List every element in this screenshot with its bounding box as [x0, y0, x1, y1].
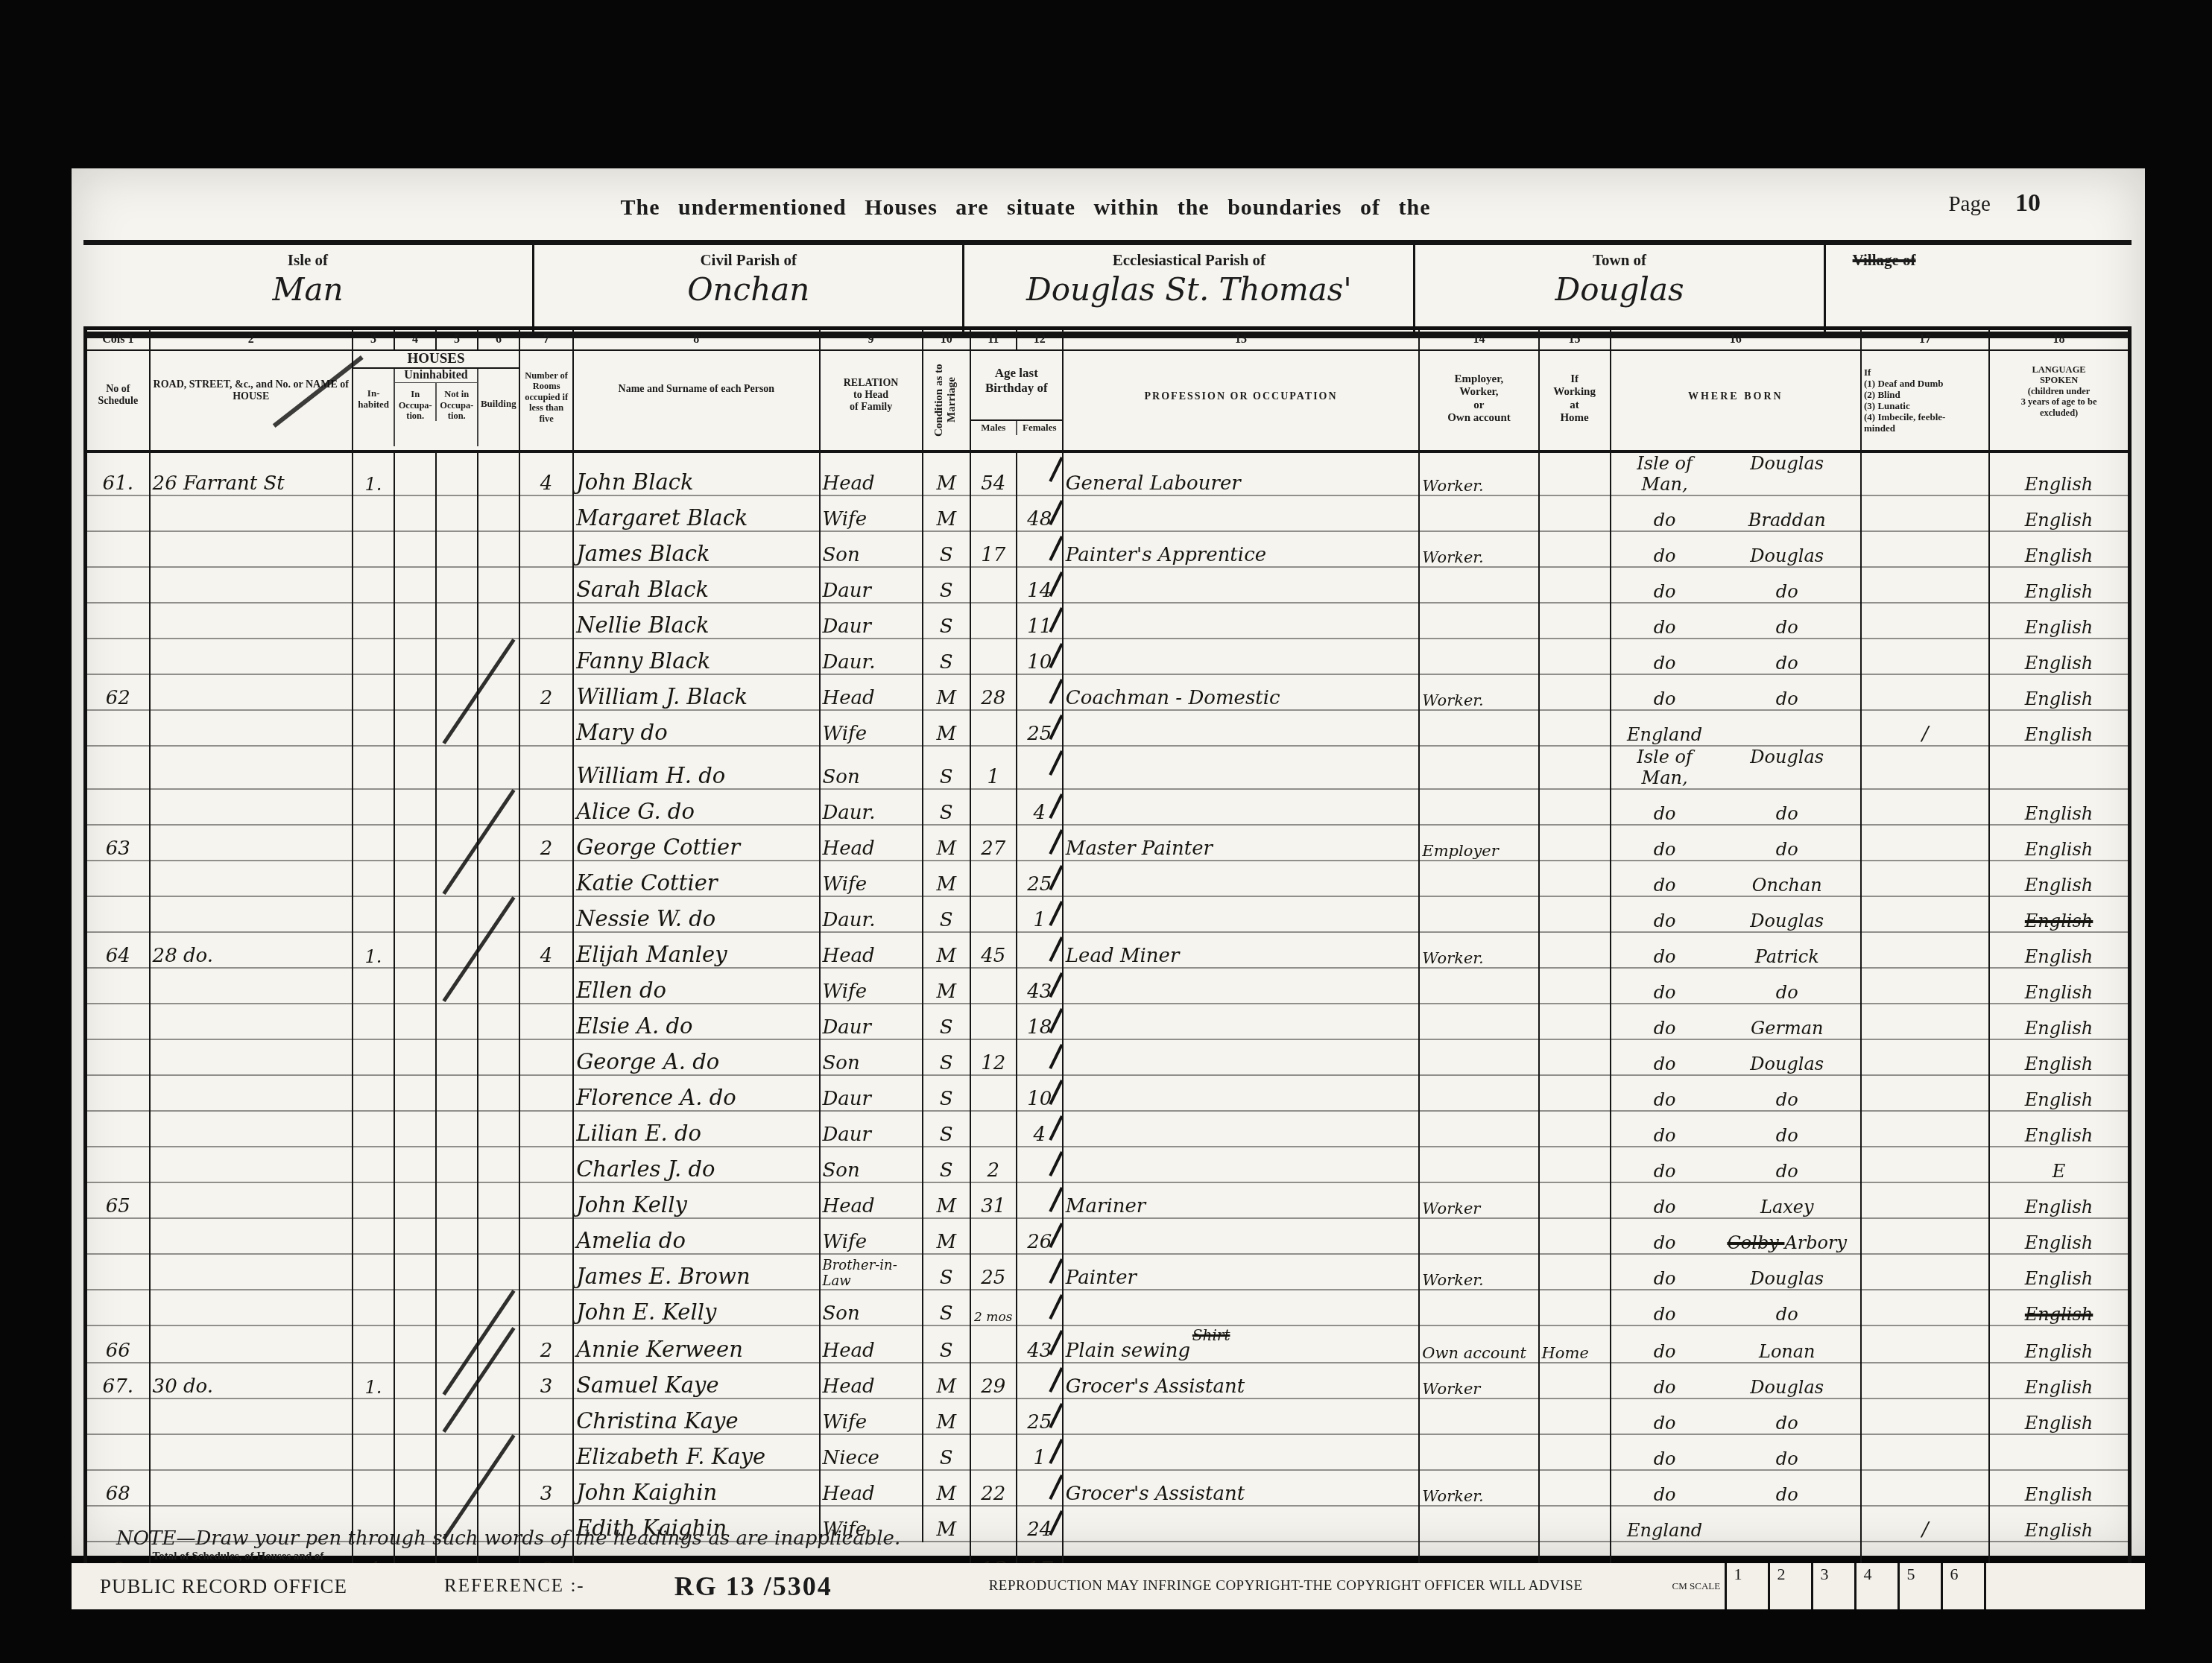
working-at-home [1539, 932, 1611, 968]
marriage-condition: M [923, 861, 970, 896]
profession [1063, 639, 1420, 674]
where-born: doDouglas [1611, 1039, 1861, 1075]
person-row: Nellie BlackDaurS11dodoEnglish [86, 603, 2130, 639]
person-name: Elsie A. do [573, 1004, 819, 1039]
relation-to-head: Wife [820, 495, 923, 531]
houses-inhabited: 1. [353, 1363, 394, 1398]
address: 26 Farrant St [150, 452, 353, 495]
reference-label: REFERENCE :- [444, 1576, 585, 1597]
header-age-group: Age last Birthday of Males Females [970, 350, 1063, 452]
relation-to-head: Daur [820, 567, 923, 603]
houses-in-occupation [394, 1111, 436, 1147]
reference-number: RG 13 /5304 [674, 1571, 832, 1602]
houses-in-occupation [394, 1004, 436, 1039]
address [150, 674, 353, 710]
houses-building [478, 531, 519, 567]
person-row: 6428 do.1.4Elijah ManleyHeadM45Lead Mine… [86, 932, 2130, 968]
age-male: 22 [970, 1470, 1017, 1506]
relation-to-head: Niece [820, 1434, 923, 1470]
town-section: Town of Douglas [1413, 245, 1823, 332]
language-text: English [2025, 474, 2093, 495]
houses-not-in-occupation [436, 968, 478, 1004]
schedule-number [86, 1218, 150, 1254]
born-country: do [1614, 910, 1716, 931]
profession-text: Grocer's Assistant [1066, 1483, 1245, 1505]
where-born: doGerman [1611, 1004, 1861, 1039]
language-text: English [2025, 1232, 2093, 1253]
working-at-home [1539, 495, 1611, 531]
houses-building [478, 1004, 519, 1039]
infirmity-mark [1861, 1111, 1989, 1147]
where-born: Isle of Man,Douglas [1611, 452, 1861, 495]
language-text: English [2025, 653, 2093, 674]
person-name: Lilian E. do [573, 1111, 819, 1147]
header-language: LANGUAGE SPOKEN (children under 3 years … [1989, 350, 2129, 452]
houses-building [478, 746, 519, 789]
houses-inhabited [353, 968, 394, 1004]
born-place: Onchan [1716, 875, 1858, 896]
relation-to-head: Daur. [820, 896, 923, 932]
person-name: Samuel Kaye [573, 1363, 819, 1398]
address [150, 861, 353, 896]
rooms-count [519, 968, 573, 1004]
marriage-condition: M [923, 825, 970, 861]
houses-not-in-occupation [436, 567, 478, 603]
profession [1063, 1039, 1420, 1075]
language-text: English [2025, 1484, 2093, 1505]
person-row: George A. doSonS12doDouglasEnglish [86, 1039, 2130, 1075]
profession-text: General Labourer [1066, 472, 1241, 495]
infirmity-mark [1861, 1147, 1989, 1182]
column-headers-row: No of Schedule ROAD, STREET, &c., and No… [86, 350, 2130, 452]
person-name: Christina Kaye [573, 1398, 819, 1434]
person-row: Fanny BlackDaur.S10dodoEnglish [86, 639, 2130, 674]
column-numbers-row: Cols 1 2 3 4 5 6 7 8 9 10 11 12 13 14 15… [86, 329, 2130, 351]
profession-text: Plain sewing [1066, 1340, 1190, 1362]
civil-parish-section: Civil Parish of Onchan [532, 245, 963, 332]
marriage-condition: S [923, 603, 970, 639]
profession-struck-note: Shirt [1192, 1326, 1417, 1344]
houses-not-in-occupation [436, 861, 478, 896]
schedule-number [86, 531, 150, 567]
language-spoken: English [1989, 531, 2129, 567]
houses-in-occupation [394, 603, 436, 639]
relation-to-head: Daur [820, 1075, 923, 1111]
houses-inhabited [353, 825, 394, 861]
houses-in-occupation [394, 746, 436, 789]
person-row: Amelia doWifeM26doColby ArboryEnglish [86, 1218, 2130, 1254]
employment-status: Own account [1419, 1325, 1538, 1363]
schedule-number [86, 896, 150, 932]
rooms-count [519, 746, 573, 789]
houses-building [478, 1111, 519, 1147]
person-row: Christina KayeWifeM25dodoEnglish [86, 1398, 2130, 1434]
census-scan: { "colors": {"paper":"#f6f4ee","ink":"#1… [0, 0, 2212, 1663]
employment-status: Employer [1419, 825, 1538, 861]
marriage-condition: M [923, 710, 970, 746]
employment-status [1419, 495, 1538, 531]
houses-in-occupation [394, 639, 436, 674]
profession [1063, 1004, 1420, 1039]
age-male [970, 1434, 1017, 1470]
born-place: Colby Arbory [1716, 1232, 1858, 1253]
language-text: English [2025, 581, 2093, 602]
person-name: George Cottier [573, 825, 819, 861]
houses-inhabited [353, 603, 394, 639]
header-relation: RELATION to Head of Family [820, 350, 923, 452]
age-male [970, 1111, 1017, 1147]
profession: Mariner [1063, 1182, 1420, 1218]
working-at-home [1539, 674, 1611, 710]
page-number-value: 10 [2015, 189, 2041, 217]
employment-status: Worker. [1419, 1254, 1538, 1290]
profession [1063, 1398, 1420, 1434]
infirmity-mark [1861, 452, 1989, 495]
profession [1063, 968, 1420, 1004]
where-born: doLaxey [1611, 1182, 1861, 1218]
census-table: Cols 1 2 3 4 5 6 7 8 9 10 11 12 13 14 15… [83, 326, 2132, 1601]
schedule-number [86, 746, 150, 789]
where-born: dodo [1611, 1111, 1861, 1147]
marriage-condition: M [923, 1363, 970, 1398]
marriage-condition: S [923, 1254, 970, 1290]
employment-status: Worker. [1419, 932, 1538, 968]
where-born: doDouglas [1611, 1254, 1861, 1290]
employment-status [1419, 789, 1538, 825]
houses-building [478, 495, 519, 531]
born-place [1716, 1520, 1858, 1541]
rooms-count [519, 1254, 573, 1290]
record-office-label: PUBLIC RECORD OFFICE [100, 1575, 347, 1598]
working-at-home [1539, 1398, 1611, 1434]
rooms-count [519, 1182, 573, 1218]
language-text: English [2025, 982, 2093, 1003]
language-text: English [2025, 1054, 2093, 1074]
schedule-number [86, 495, 150, 531]
colnum-10: 10 [923, 329, 970, 351]
houses-building [478, 1434, 519, 1470]
person-name: Mary do [573, 710, 819, 746]
born-country: do [1614, 653, 1716, 674]
page-number: Page 10 [1948, 189, 2041, 218]
infirmity-mark [1861, 1325, 1989, 1363]
where-born: dodo [1611, 1075, 1861, 1111]
born-place: do [1716, 688, 1858, 709]
infirmity-mark [1861, 1470, 1989, 1506]
infirmity-mark [1861, 1398, 1989, 1434]
rooms-count [519, 603, 573, 639]
address [150, 1039, 353, 1075]
schedule-number: 63 [86, 825, 150, 861]
address [150, 1398, 353, 1434]
working-at-home [1539, 710, 1611, 746]
relation-to-head: Brother-in-Law [820, 1254, 923, 1290]
houses-inhabited [353, 789, 394, 825]
colnum-14: 14 [1419, 329, 1538, 351]
marriage-condition: S [923, 639, 970, 674]
working-at-home [1539, 639, 1611, 674]
age-male: 45 [970, 932, 1017, 968]
person-name: John Kaighin [573, 1470, 819, 1506]
working-at-home [1539, 896, 1611, 932]
born-place [1716, 724, 1858, 745]
houses-in-occupation [394, 932, 436, 968]
isle-section: Isle of Man [83, 245, 532, 332]
ecclesiastical-parish-label: Ecclesiastical Parish of [964, 251, 1413, 270]
born-country: Isle of Man, [1614, 747, 1716, 788]
infirmity-mark [1861, 825, 1989, 861]
rooms-count: 3 [519, 1363, 573, 1398]
relation-to-head: Son [820, 746, 923, 789]
born-country: do [1614, 1197, 1716, 1217]
schedule-number [86, 1075, 150, 1111]
language-spoken: English [1989, 932, 2129, 968]
born-country: do [1614, 1268, 1716, 1289]
header-no-schedule: No of Schedule [86, 350, 150, 452]
language-spoken: English [1989, 603, 2129, 639]
address: 28 do. [150, 932, 353, 968]
relation-to-head: Wife [820, 710, 923, 746]
infirmity-mark [1861, 603, 1989, 639]
colnum-18: 18 [1989, 329, 2129, 351]
header-males: Males [971, 421, 1016, 435]
language-spoken: English [1989, 495, 2129, 531]
language-text: English [2025, 803, 2093, 824]
infirmity-mark [1861, 1004, 1989, 1039]
address [150, 1290, 353, 1325]
where-born: dodo [1611, 825, 1861, 861]
relation-to-head: Daur [820, 1004, 923, 1039]
header-rooms: Number of Rooms occupied if less than fi… [519, 350, 573, 452]
address [150, 968, 353, 1004]
profession [1063, 861, 1420, 896]
employment-status [1419, 1290, 1538, 1325]
born-country: do [1614, 1304, 1716, 1325]
houses-not-in-occupation [436, 1182, 478, 1218]
schedule-number: 65 [86, 1182, 150, 1218]
relation-to-head: Head [820, 1470, 923, 1506]
marriage-condition: M [923, 1470, 970, 1506]
colnum-6: 6 [478, 329, 519, 351]
profession-text: Grocer's Assistant [1066, 1375, 1245, 1398]
born-country: do [1614, 875, 1716, 896]
age-female [1017, 746, 1063, 789]
employment-status [1419, 1398, 1538, 1434]
person-row: John E. KellySonS2 mosdodoEnglish [86, 1290, 2130, 1325]
relation-to-head: Wife [820, 1398, 923, 1434]
houses-not-in-occupation [436, 789, 478, 825]
infirmity-mark [1861, 1218, 1989, 1254]
schedule-number: 62 [86, 674, 150, 710]
houses-inhabited [353, 896, 394, 932]
born-place: do [1716, 1304, 1858, 1325]
person-name: George A. do [573, 1039, 819, 1075]
profession [1063, 1290, 1420, 1325]
address [150, 1004, 353, 1039]
language-text: English [2025, 839, 2093, 860]
rooms-count [519, 1218, 573, 1254]
person-row: Ellen doWifeM43dodoEnglish [86, 968, 2130, 1004]
profession [1063, 1218, 1420, 1254]
relation-to-head: Son [820, 1039, 923, 1075]
houses-inhabited [353, 1218, 394, 1254]
address: 30 do. [150, 1363, 353, 1398]
person-row: Alice G. doDaur.S4dodoEnglish [86, 789, 2130, 825]
footnote: NOTE—Draw your pen through such words of… [116, 1527, 900, 1550]
language-text: English [2025, 1089, 2093, 1110]
houses-building [478, 567, 519, 603]
language-text: English [2025, 875, 2093, 896]
born-place: do [1716, 1161, 1858, 1182]
employment-status [1419, 1506, 1538, 1542]
marriage-condition: S [923, 896, 970, 932]
working-at-home [1539, 1506, 1611, 1542]
header-inhabited: In-habited [353, 369, 394, 446]
infirmity-mark [1861, 1182, 1989, 1218]
infirmity-mark [1861, 531, 1989, 567]
language-spoken [1989, 1434, 2129, 1470]
working-at-home [1539, 1363, 1611, 1398]
houses-building [478, 1075, 519, 1111]
born-country: do [1614, 1484, 1716, 1505]
age-male: 2 [970, 1147, 1017, 1182]
houses-inhabited [353, 1434, 394, 1470]
language-spoken: English [1989, 452, 2129, 495]
person-name: Florence A. do [573, 1075, 819, 1111]
marriage-condition: M [923, 674, 970, 710]
person-row: William H. doSonS1Isle of Man,Douglas [86, 746, 2130, 789]
address [150, 1254, 353, 1290]
houses-not-in-occupation [436, 710, 478, 746]
where-born: doPatrick [1611, 932, 1861, 968]
person-row: Katie CottierWifeM25doOnchanEnglish [86, 861, 2130, 896]
marriage-condition: S [923, 1290, 970, 1325]
header-where-born: WHERE BORN [1611, 350, 1861, 452]
houses-not-in-occupation [436, 1075, 478, 1111]
relation-to-head: Head [820, 1182, 923, 1218]
houses-not-in-occupation [436, 1218, 478, 1254]
rooms-count [519, 531, 573, 567]
where-born: dodo [1611, 639, 1861, 674]
houses-not-in-occupation [436, 1434, 478, 1470]
language-text: English [2025, 1125, 2093, 1146]
relation-to-head: Head [820, 1363, 923, 1398]
age-male [970, 789, 1017, 825]
houses-building [478, 1218, 519, 1254]
relation-to-head: Head [820, 825, 923, 861]
address [150, 1434, 353, 1470]
marriage-condition: M [923, 968, 970, 1004]
schedule-number [86, 1004, 150, 1039]
born-country: England [1614, 724, 1716, 745]
colnum-5: 5 [436, 329, 478, 351]
profession-text: Mariner [1066, 1195, 1145, 1217]
language-spoken: English [1989, 825, 2129, 861]
profession [1063, 1075, 1420, 1111]
language-text: English [2025, 1413, 2093, 1434]
houses-in-occupation [394, 1470, 436, 1506]
profession-text: Lead Miner [1066, 945, 1180, 967]
language-text: English [2025, 510, 2093, 530]
ruler-mark: 1 [1727, 1563, 1770, 1609]
language-text: English [2025, 1018, 2093, 1039]
colnum-7: 7 [519, 329, 573, 351]
infirmity-mark [1861, 861, 1989, 896]
marriage-condition: M [923, 1398, 970, 1434]
person-name: Elijah Manley [573, 932, 819, 968]
born-country: do [1614, 839, 1716, 860]
rooms-count [519, 1147, 573, 1182]
marriage-condition: S [923, 1075, 970, 1111]
houses-building [478, 1182, 519, 1218]
working-at-home [1539, 1290, 1611, 1325]
where-born: dodo [1611, 1290, 1861, 1325]
infirmity-mark [1861, 789, 1989, 825]
language-spoken: English [1989, 1111, 2129, 1147]
marriage-condition: S [923, 789, 970, 825]
person-row: Sarah BlackDaurS14dodoEnglish [86, 567, 2130, 603]
employment-status [1419, 861, 1538, 896]
colnum-12: 12 [1017, 329, 1063, 351]
working-at-home [1539, 1147, 1611, 1182]
age-male: 17 [970, 531, 1017, 567]
rooms-count [519, 710, 573, 746]
born-place: do [1716, 1448, 1858, 1469]
houses-inhabited [353, 639, 394, 674]
houses-building [478, 1398, 519, 1434]
relation-to-head: Daur. [820, 789, 923, 825]
working-at-home [1539, 789, 1611, 825]
header-employer: Employer, Worker, or Own account [1419, 350, 1538, 452]
age-male: 27 [970, 825, 1017, 861]
marriage-condition: M [923, 1218, 970, 1254]
language-spoken: English [1989, 1039, 2129, 1075]
born-country: do [1614, 1232, 1716, 1253]
houses-in-occupation [394, 674, 436, 710]
person-row: Florence A. doDaurS10dodoEnglish [86, 1075, 2130, 1111]
age-male: 2 mos [970, 1290, 1017, 1325]
houses-not-in-occupation [436, 1254, 478, 1290]
ruler-mark: 4 [1856, 1563, 1900, 1609]
employment-status [1419, 1111, 1538, 1147]
rooms-count [519, 1290, 573, 1325]
working-at-home [1539, 567, 1611, 603]
person-row: Elsie A. doDaurS18doGermanEnglish [86, 1004, 2130, 1039]
marriage-condition: S [923, 1147, 970, 1182]
houses-building [478, 452, 519, 495]
language-spoken: E [1989, 1147, 2129, 1182]
age-male [970, 1075, 1017, 1111]
where-born: dodo [1611, 603, 1861, 639]
relation-to-head: Son [820, 531, 923, 567]
working-at-home [1539, 1470, 1611, 1506]
relation-to-head: Daur [820, 603, 923, 639]
where-born: doDouglas [1611, 531, 1861, 567]
age-male [970, 1218, 1017, 1254]
schedule-number [86, 968, 150, 1004]
language-text: English [2025, 910, 2093, 931]
where-born: doOnchan [1611, 861, 1861, 896]
microfilm-footer: PUBLIC RECORD OFFICE REFERENCE :- RG 13 … [72, 1563, 2145, 1609]
houses-not-in-occupation [436, 1039, 478, 1075]
address [150, 531, 353, 567]
language-spoken: English [1989, 1325, 2129, 1363]
rooms-count [519, 1398, 573, 1434]
language-text: English [2025, 724, 2093, 745]
rooms-count [519, 567, 573, 603]
colnum-9: 9 [820, 329, 923, 351]
age-male [970, 1506, 1017, 1542]
